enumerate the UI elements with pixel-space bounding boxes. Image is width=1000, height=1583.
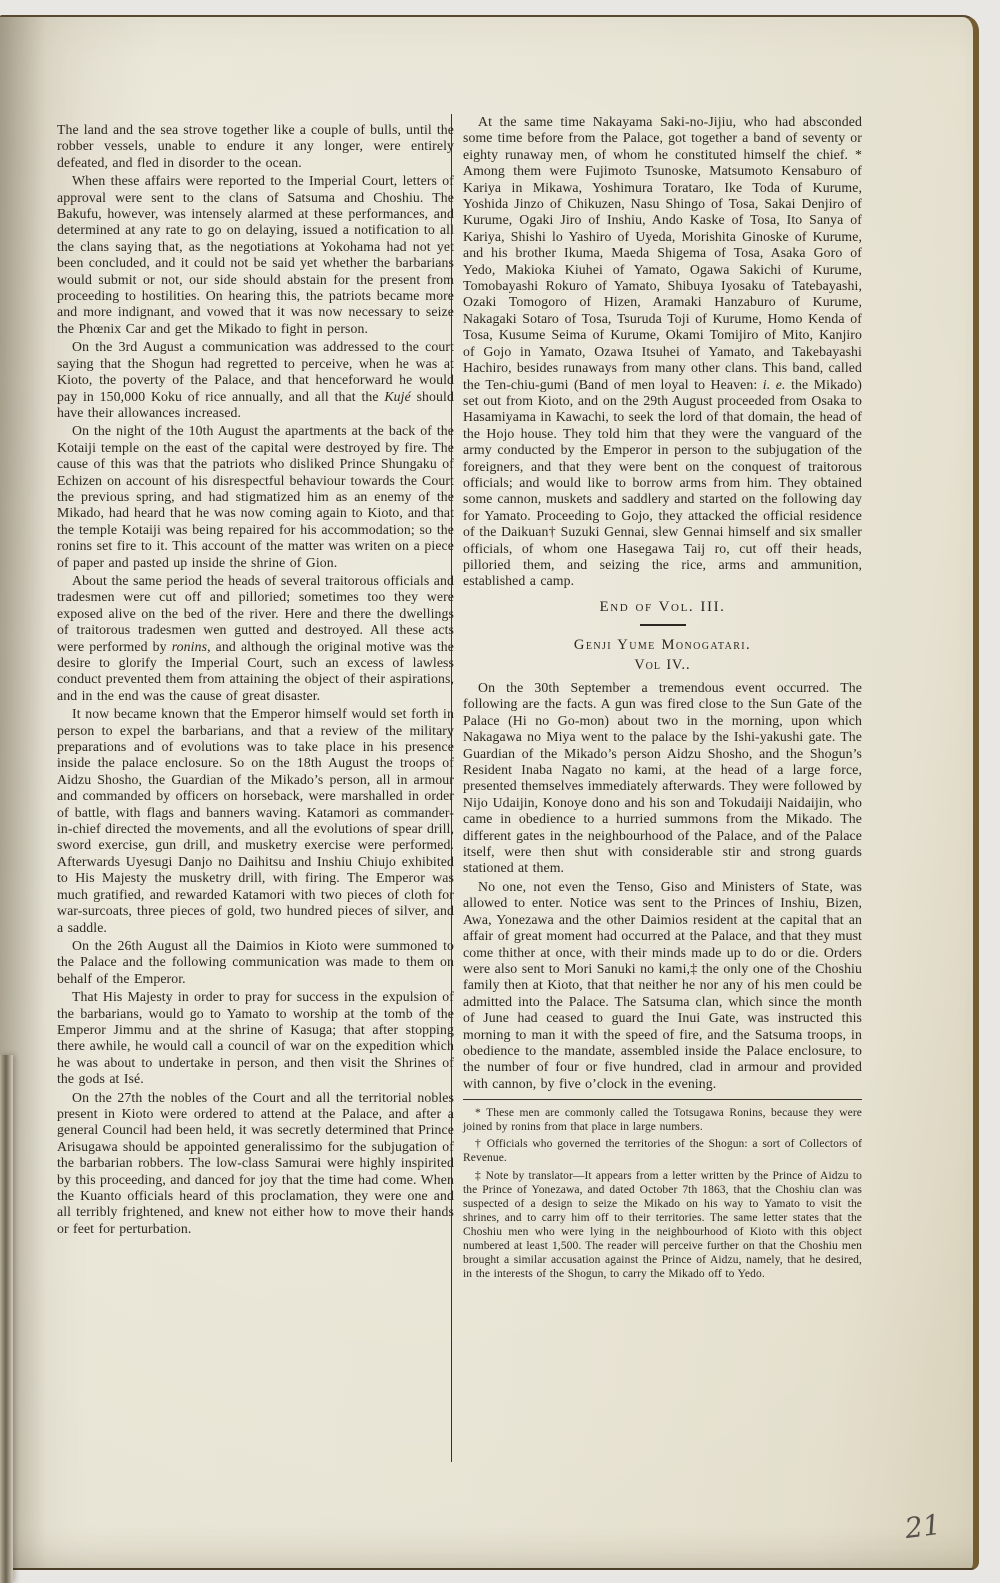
- paragraph: † Officials who governed the territories…: [463, 1137, 862, 1165]
- paragraph: The land and the sea strove together lik…: [57, 122, 454, 171]
- paragraph: It now became known that the Emperor him…: [57, 706, 454, 936]
- volume-heading-block: End of Vol. III. Genji Yume Monogatari. …: [463, 599, 862, 673]
- paragraph: That His Majesty in order to pray for su…: [57, 989, 454, 1087]
- paragraph: About the same period the heads of sever…: [57, 573, 454, 704]
- paragraph: On the 3rd August a communication was ad…: [57, 339, 454, 421]
- paragraph: ‡ Note by translator—It appears from a l…: [463, 1169, 862, 1282]
- paragraph: On the night of the 10th August the apar…: [57, 423, 454, 571]
- paragraph: At the same time Nakayama Saki-no-Jijiu,…: [463, 114, 862, 590]
- handwritten-page-number: 21: [903, 1508, 942, 1545]
- end-of-volume-heading: End of Vol. III.: [463, 599, 862, 615]
- section-subtitle: Vol IV..: [463, 657, 862, 673]
- paragraph: * These men are commonly called the Tots…: [463, 1106, 862, 1134]
- section-title: Genji Yume Monogatari.: [463, 637, 862, 653]
- book-spine-page-edges: [0, 1055, 13, 1583]
- right-column-top-paragraphs: At the same time Nakayama Saki-no-Jijiu,…: [463, 114, 862, 590]
- right-text-column: At the same time Nakayama Saki-no-Jijiu,…: [463, 114, 862, 1284]
- paragraph: On the 26th August all the Daimios in Ki…: [57, 938, 454, 987]
- footnotes-block: * These men are commonly called the Tots…: [463, 1099, 862, 1281]
- vol4-paragraphs: On the 30th September a tremendous event…: [463, 680, 862, 1092]
- left-text-column: The land and the sea strove together lik…: [57, 122, 454, 1239]
- heading-rule: [640, 624, 686, 626]
- paragraph: On the 30th September a tremendous event…: [463, 680, 862, 877]
- scanned-book-photo: { "page": { "handwritten_page_number": "…: [0, 0, 1000, 1583]
- paragraph: On the 27th the nobles of the Court and …: [57, 1090, 454, 1238]
- paragraph: No one, not even the Tenso, Giso and Min…: [463, 879, 862, 1092]
- paragraph: When these affairs were reported to the …: [57, 173, 454, 337]
